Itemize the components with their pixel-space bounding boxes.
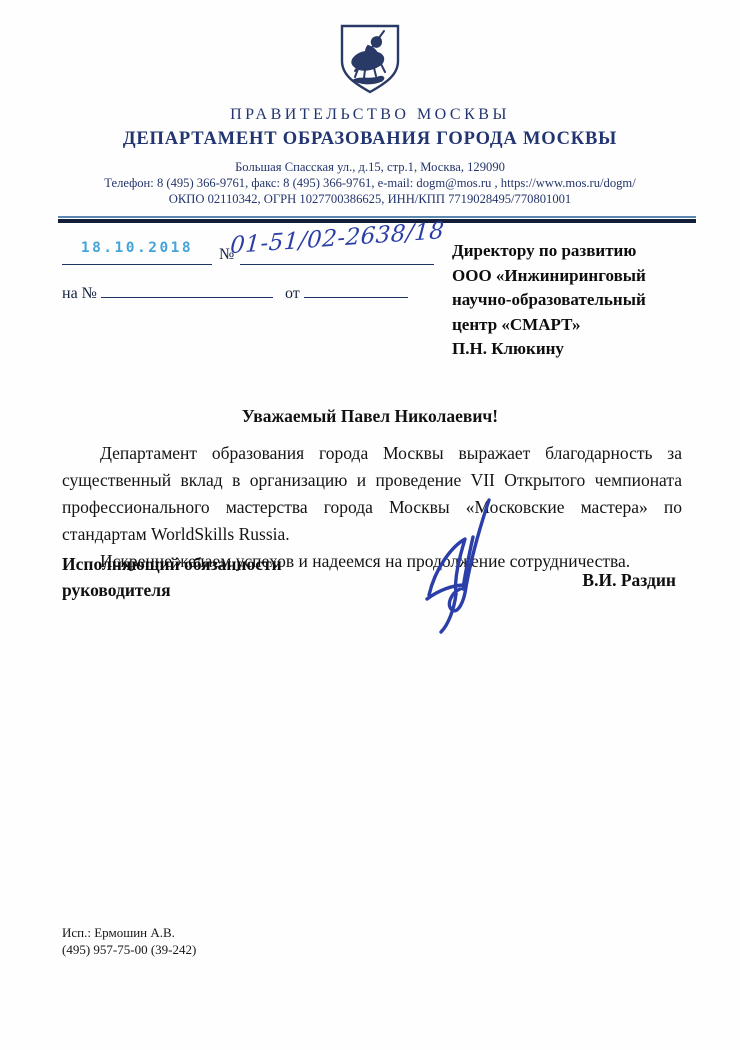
handwritten-signature xyxy=(407,497,507,635)
date-field: 18.10.2018 xyxy=(62,239,212,265)
executor-name: Исп.: Ермошин А.В. xyxy=(62,925,196,942)
government-title: ПРАВИТЕЛЬСТВО МОСКВЫ xyxy=(0,106,740,124)
moscow-coat-of-arms-icon xyxy=(338,24,402,94)
department-title: ДЕПАРТАМЕНТ ОБРАЗОВАНИЯ ГОРОДА МОСКВЫ xyxy=(0,129,740,150)
incoming-label: на № xyxy=(62,285,97,302)
executor-phone: (495) 957-75-00 (39-242) xyxy=(62,942,196,959)
recipient-line: Директору по развитию xyxy=(452,239,695,264)
recipient-line: ООО «Инжиниринговый xyxy=(452,264,695,289)
recipient-line: научно-образовательный xyxy=(452,288,695,313)
signer-name: В.И. Раздин xyxy=(582,570,676,591)
signer-position: Исполняющий обязанности руководителя xyxy=(62,551,282,603)
address-block: Большая Спасская ул., д.15, стр.1, Москв… xyxy=(0,159,740,207)
registry-line: ОКПО 02110342, ОГРН 1027700386625, ИНН/К… xyxy=(0,191,740,207)
executor-footer: Исп.: Ермошин А.В. (495) 957-75-00 (39-2… xyxy=(62,925,196,958)
contact-line: Телефон: 8 (495) 366-9761, факс: 8 (495)… xyxy=(0,175,740,191)
date-stamp: 18.10.2018 xyxy=(81,240,193,256)
from-label: от xyxy=(285,285,300,302)
recipient-block: Директору по развитию ООО «Инжиниринговы… xyxy=(452,239,695,362)
letter-document: ПРАВИТЕЛЬСТВО МОСКВЫ ДЕПАРТАМЕНТ ОБРАЗОВ… xyxy=(0,0,740,1050)
body-paragraph: Департамент образования города Москвы вы… xyxy=(62,440,682,548)
incoming-number-blank xyxy=(101,281,273,298)
address-line: Большая Спасская ул., д.15, стр.1, Москв… xyxy=(0,159,740,175)
incoming-reference-line: на № от xyxy=(62,281,408,303)
recipient-line: П.Н. Клюкину xyxy=(452,337,695,362)
salutation: Уважаемый Павел Николаевич! xyxy=(0,406,740,427)
from-date-blank xyxy=(304,281,408,298)
letterhead: ПРАВИТЕЛЬСТВО МОСКВЫ ДЕПАРТАМЕНТ ОБРАЗОВ… xyxy=(0,0,740,207)
reference-block: 18.10.2018 № 01-51/02-2638/18 на № от xyxy=(62,239,434,362)
recipient-line: центр «СМАРТ» xyxy=(452,313,695,338)
reference-and-recipient-row: 18.10.2018 № 01-51/02-2638/18 на № от Ди… xyxy=(62,239,695,362)
